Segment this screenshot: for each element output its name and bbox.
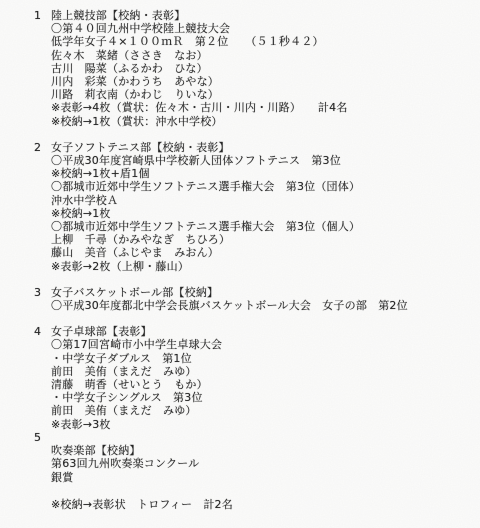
section-number: 5 [34,431,51,444]
detail-text: 〇第４０回九州中学校陸上競技大会 [51,22,230,35]
section-5: 5吹奏楽部【校納】第63回九州吹奏楽コンクール銀賞 [34,431,474,484]
detail-text: 沖水中学校Ａ [51,194,118,207]
detail-line: 低学年女子４×１００ｍＲ 第２位 （５１秒４２） [34,35,474,48]
detail-text: 〇平成30年度宮崎県中学校新人団体ソフトテニス 第3位 [51,154,341,167]
section-number: 4 [34,325,51,338]
detail-line: 銀賞 [34,471,474,484]
scanned-document-page: 1陸上競技部【校納・表彰】〇第４０回九州中学校陸上競技大会低学年女子４×１００ｍ… [0,0,480,528]
detail-text: ※表彰→2枚（上柳・藤山） [51,260,189,273]
detail-line: 〇都城市近郊中学生ソフトテニス選手権大会 第3位（個人） [34,220,474,233]
section-title-line: 1陸上競技部【校納・表彰】 [34,9,474,22]
section-title: 女子バスケットボール部【校納】 [51,286,218,299]
detail-line: ※校納→1枚 [34,207,474,220]
detail-text: ※校納→1枚 [51,207,111,220]
detail-line: 清藤 萌香（せいとう もか） [34,378,474,391]
detail-line: ・中学女子シングルス 第3位 [34,391,474,404]
detail-text: 〇都城市近郊中学生ソフトテニス選手権大会 第3位（団体） [51,180,360,193]
section-1: 1陸上競技部【校納・表彰】〇第４０回九州中学校陸上競技大会低学年女子４×１００ｍ… [34,9,474,128]
detail-line: ・中学女子ダブルス 第1位 [34,352,474,365]
detail-text: 低学年女子４×１００ｍＲ 第２位 （５１秒４２） [51,35,324,48]
section-title: 吹奏楽部【校納】 [51,444,141,457]
detail-line: 前田 美侑（まえだ みゆ） [34,365,474,378]
detail-line: 古川 陽菜（ふるかわ ひな） [34,62,474,75]
detail-text: 第63回九州吹奏楽コンクール [51,457,199,470]
detail-line: ※校納→1枚+盾1個 [34,167,474,180]
section-number: 3 [34,286,51,299]
section-number-line: 5 [34,431,474,444]
detail-line: ※表彰→3枚 [34,418,474,431]
detail-text: 〇都城市近郊中学生ソフトテニス選手権大会 第3位（個人） [51,220,360,233]
section-4: 4女子卓球部【表彰】〇第17回宮崎市小中学生卓球大会・中学女子ダブルス 第1位前… [34,325,474,431]
detail-line: 〇平成30年度宮崎県中学校新人団体ソフトテニス 第3位 [34,154,474,167]
section-3: 3女子バスケットボール部【校納】〇平成30年度都北中学会長旗バスケットボール大会… [34,286,474,312]
detail-line: 〇第４０回九州中学校陸上競技大会 [34,22,474,35]
detail-text: 前田 美侑（まえだ みゆ） [51,365,197,378]
detail-text: 清藤 萌香（せいとう もか） [51,378,208,391]
detail-text: 古川 陽菜（ふるかわ ひな） [51,62,208,75]
document-body: 1陸上競技部【校納・表彰】〇第４０回九州中学校陸上競技大会低学年女子４×１００ｍ… [34,9,474,511]
section-title-line: 吹奏楽部【校納】 [34,444,474,457]
detail-line: 〇都城市近郊中学生ソフトテニス選手権大会 第3位（団体） [34,180,474,193]
section-number: 1 [34,9,51,22]
detail-text: 〇平成30年度都北中学会長旗バスケットボール大会 女子の部 第2位 [51,299,408,312]
detail-line: 〇平成30年度都北中学会長旗バスケットボール大会 女子の部 第2位 [34,299,474,312]
detail-text: ・中学女子シングルス 第3位 [51,391,203,404]
detail-line: ※表彰→2枚（上柳・藤山） [34,260,474,273]
detail-line: 沖水中学校Ａ [34,194,474,207]
detail-text: ※校納→1枚（賞状：沖水中学校） [51,115,223,128]
detail-line: 前田 美侑（まえだ みゆ） [34,404,474,417]
detail-text: 〇第17回宮崎市小中学生卓球大会 [51,338,222,351]
detail-text: ※表彰→3枚 [51,418,111,431]
detail-text: 川内 彩菜（かわうち あやな） [51,75,219,88]
detail-line: 藤山 美音（ふじやま みおん） [34,246,474,259]
detail-line: ※校納→1枚（賞状：沖水中学校） [34,115,474,128]
detail-text: 銀賞 [51,471,73,484]
detail-line: ※表彰→4枚（賞状：佐々木・古川・川内・川路） 計4名 [34,101,474,114]
detail-line: 上柳 千尋（かみやなぎ ちひろ） [34,233,474,246]
detail-text: ※校納→1枚+盾1個 [51,167,150,180]
detail-text: 藤山 美音（ふじやま みおん） [51,246,219,259]
detail-text: ・中学女子ダブルス 第1位 [51,352,192,365]
section-title-line: 2女子ソフトテニス部【校納・表彰】 [34,141,474,154]
detail-line: 〇第17回宮崎市小中学生卓球大会 [34,338,474,351]
footer-note: ※校納→表彰状 トロフィー 計2名 [51,498,233,511]
section-title: 女子ソフトテニス部【校納・表彰】 [51,141,230,154]
detail-line: 川内 彩菜（かわうち あやな） [34,75,474,88]
footer-note-line: ※校納→表彰状 トロフィー 計2名 [34,498,474,511]
section-title-line: 3女子バスケットボール部【校納】 [34,286,474,299]
detail-text: 川路 莉衣南（かわじ りいな） [51,88,219,101]
section-number: 2 [34,141,51,154]
detail-text: 上柳 千尋（かみやなぎ ちひろ） [51,233,230,246]
detail-line: 第63回九州吹奏楽コンクール [34,457,474,470]
detail-text: 佐々木 菜緒（ささき なお） [51,49,208,62]
section-title: 女子卓球部【表彰】 [51,325,152,338]
section-2: 2女子ソフトテニス部【校納・表彰】〇平成30年度宮崎県中学校新人団体ソフトテニス… [34,141,474,273]
section-title-line: 4女子卓球部【表彰】 [34,325,474,338]
detail-line: 川路 莉衣南（かわじ りいな） [34,88,474,101]
detail-text: ※表彰→4枚（賞状：佐々木・古川・川内・川路） 計4名 [51,101,348,114]
detail-line: 佐々木 菜緒（ささき なお） [34,49,474,62]
section-title: 陸上競技部【校納・表彰】 [51,9,185,22]
detail-text: 前田 美侑（まえだ みゆ） [51,404,197,417]
